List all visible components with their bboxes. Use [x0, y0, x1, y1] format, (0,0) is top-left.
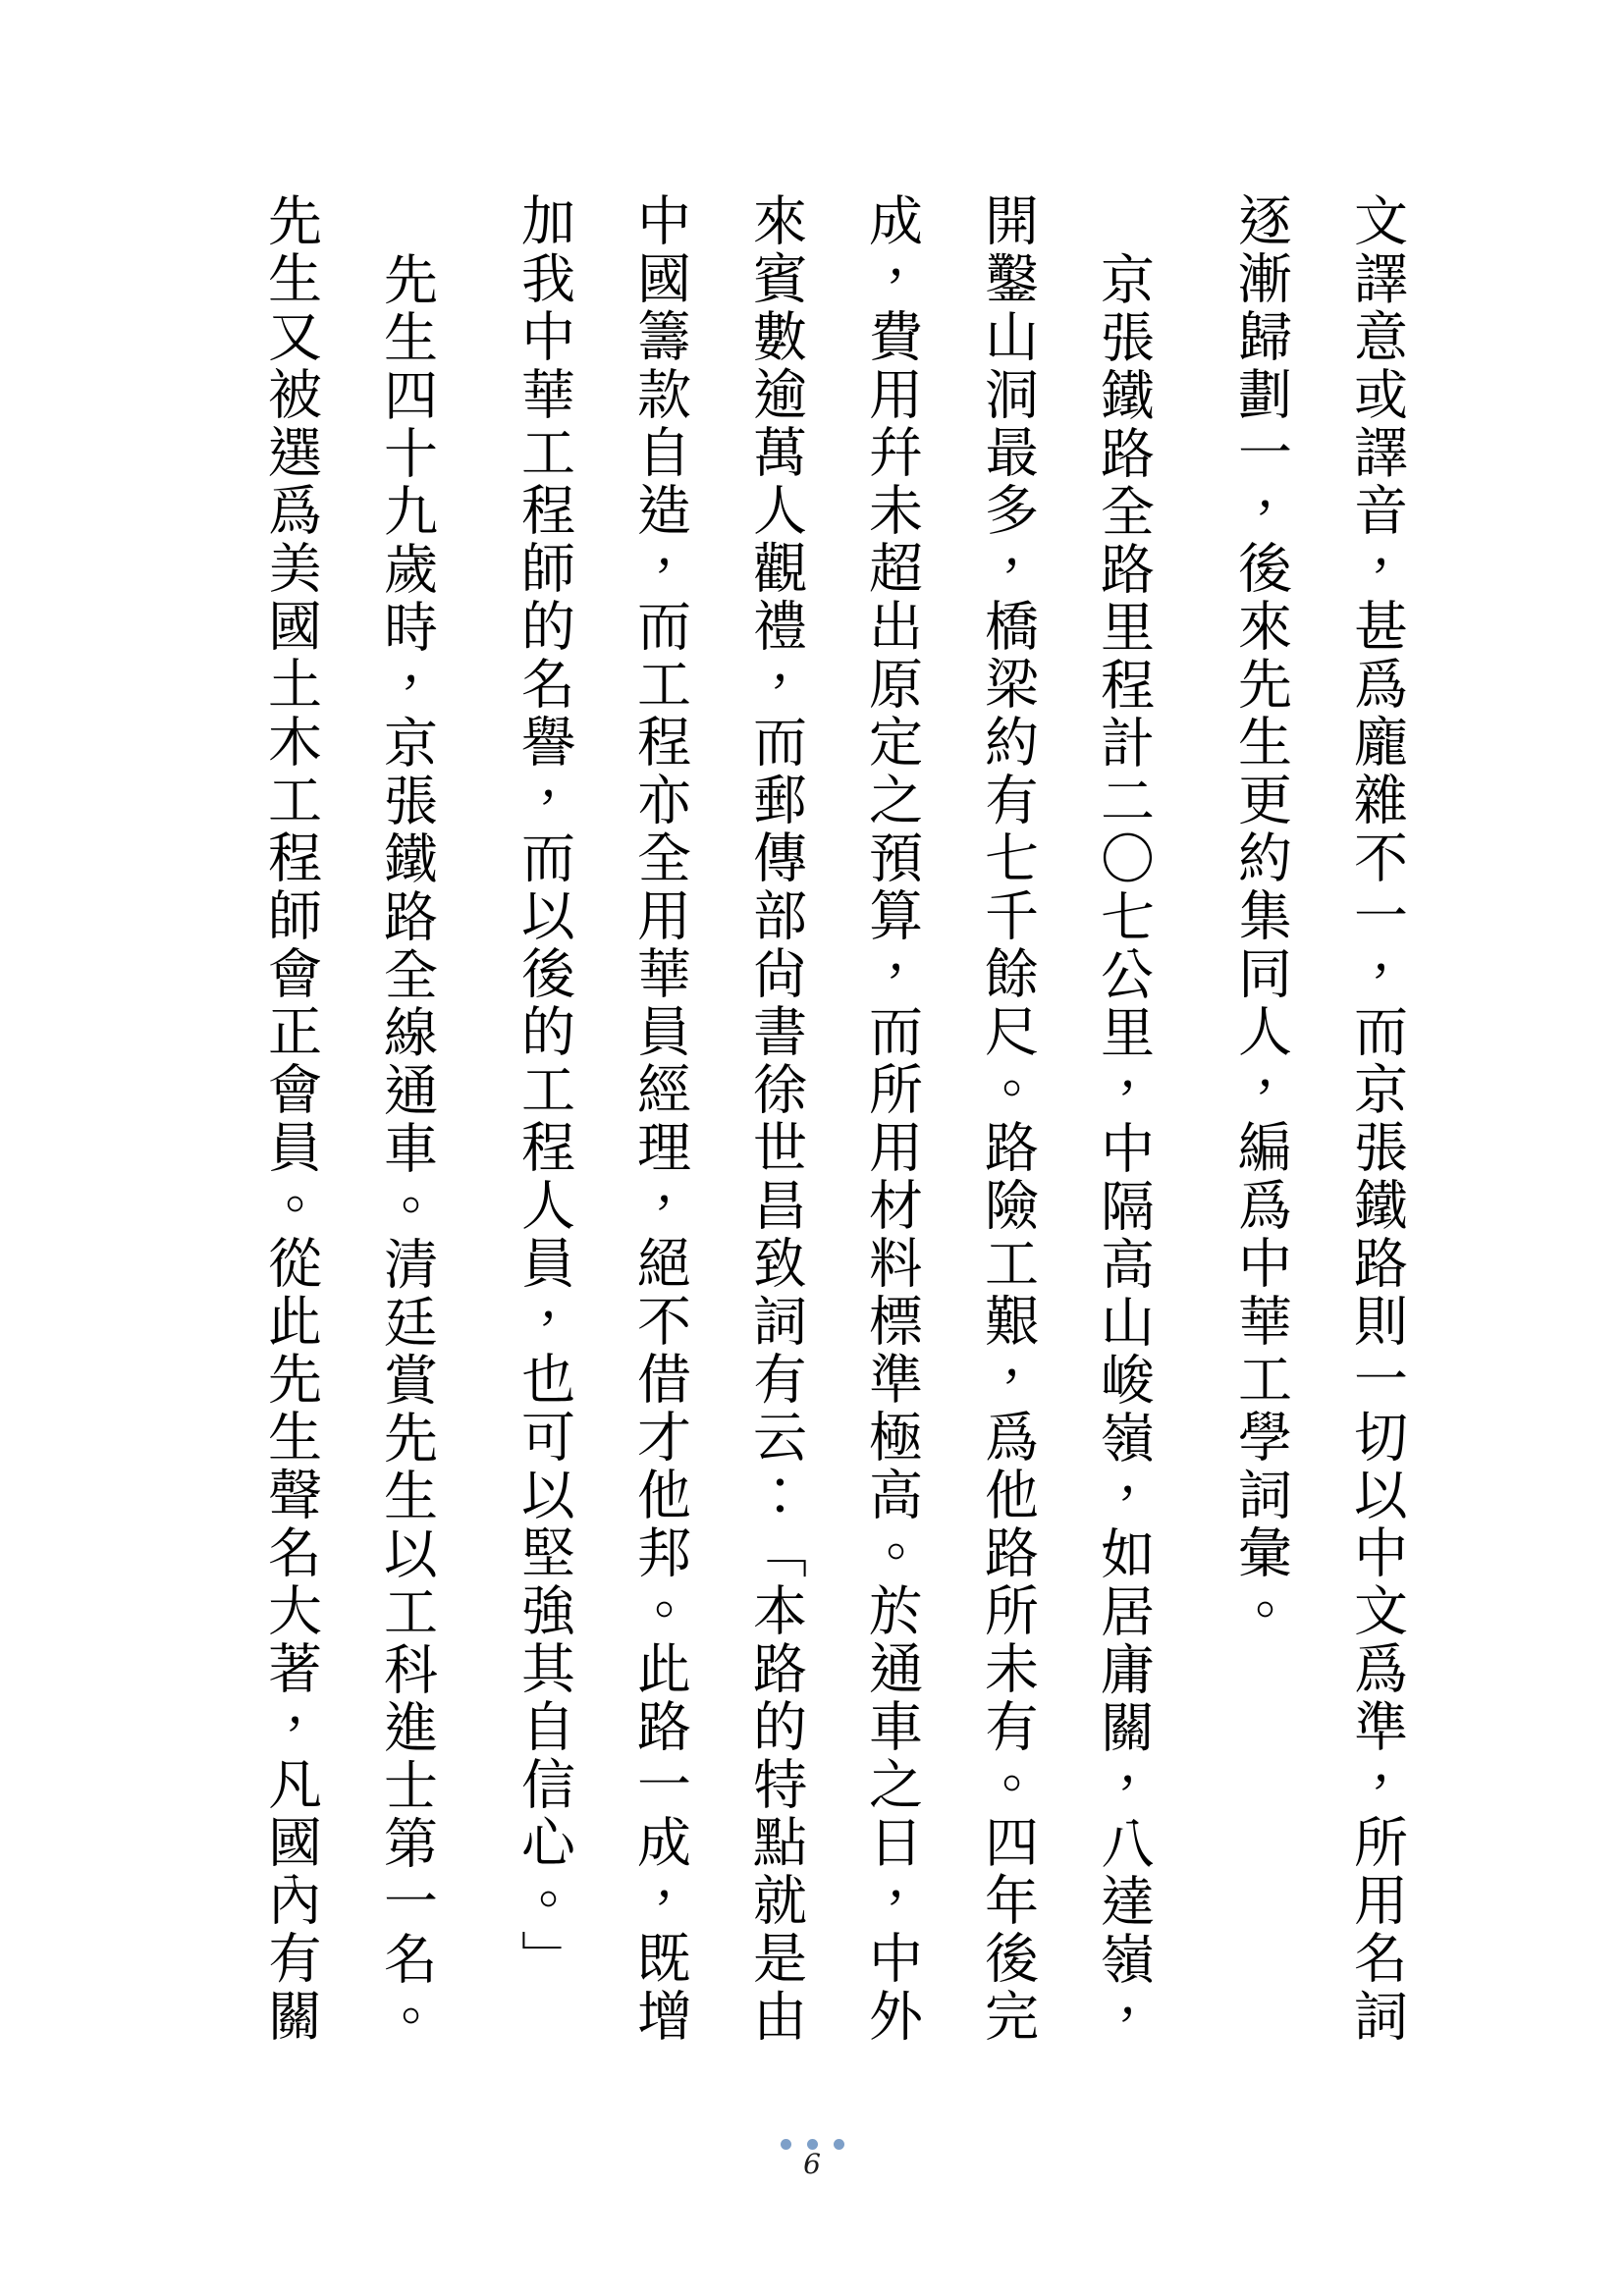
text-column: 先生四十九歲時，京張鐵路全線通車。清廷賞先生以工科進士第一名。: [377, 192, 436, 2141]
text-column: 逐漸歸劃一，後來先生更約集同人，編爲中華工學詞彙。: [1231, 192, 1290, 2141]
book-page: 文譯意或譯音，甚爲龐雜不一，而京張鐵路則一切以中文爲準，所用名詞 逐漸歸劃一，後…: [0, 0, 1624, 2296]
text-column: 先生又被選爲美國土木工程師會正會員。從此先生聲名大著，凡國內有關: [261, 192, 320, 2141]
vertical-text-block: 文譯意或譯音，甚爲龐雜不一，而京張鐵路則一切以中文爲準，所用名詞 逐漸歸劃一，後…: [261, 192, 1406, 2141]
text-column: 成，費用幷未超出原定之預算，而所用材料標準極高。於通車之日，中外: [862, 192, 921, 2141]
text-column: 京張鐵路全路里程計二〇七公里，中隔高山峻嶺，如居庸關，八達嶺，: [1094, 192, 1153, 2141]
text-column: 文譯意或譯音，甚爲龐雜不一，而京張鐵路則一切以中文爲準，所用名詞: [1347, 192, 1406, 2141]
text-column: 來賓數逾萬人觀禮，而郵傳部尙書徐世昌致詞有云：「本路的特點就是由: [746, 192, 805, 2141]
text-column: 開鑿山洞最多，橋梁約有七千餘尺。路險工艱，爲他路所未有。四年後完: [978, 192, 1037, 2141]
text-column: 中國籌款自造，而工程亦全用華員經理，絕不借才他邦。此路一成，既增: [630, 192, 689, 2141]
text-column: 加我中華工程師的名譽，而以後的工程人員，也可以堅強其自信心。」: [514, 192, 573, 2141]
page-number: 6: [0, 2148, 1624, 2181]
